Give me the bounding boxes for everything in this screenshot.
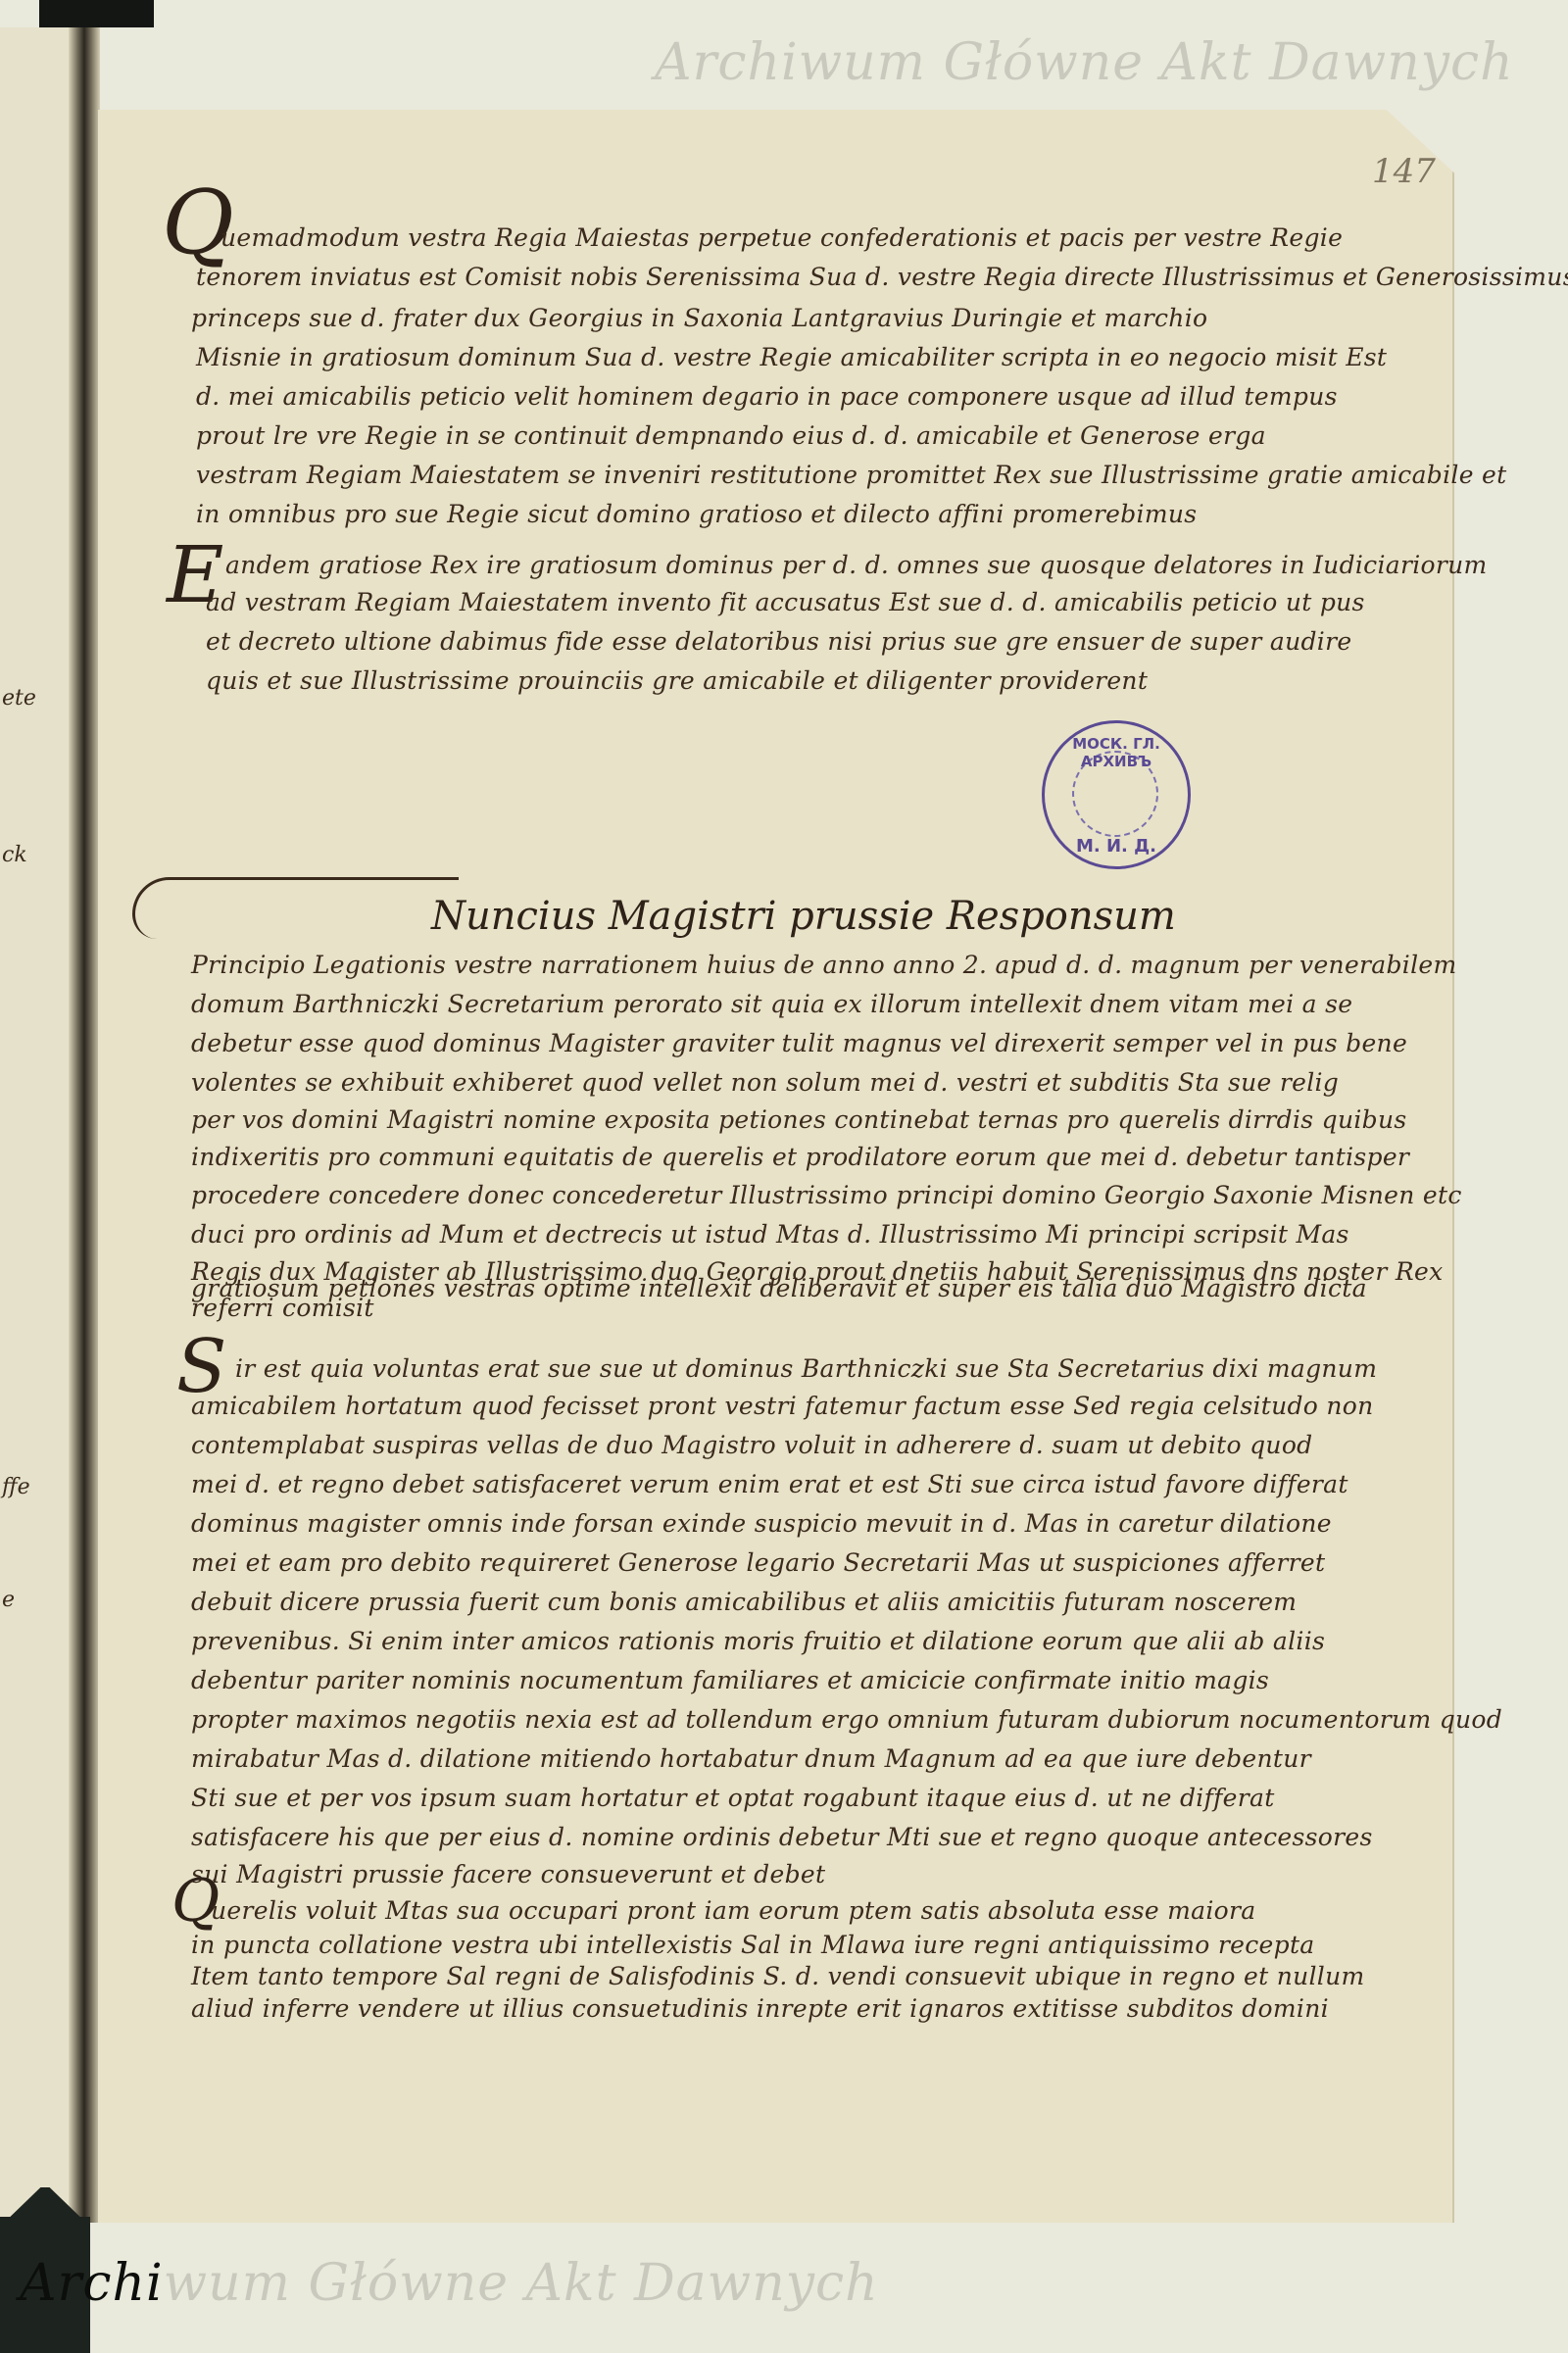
manuscript-line: propter maximos negotiis nexia est ad to… <box>191 1705 1502 1734</box>
archive-stamp: МОСК. ГЛ. АРХИВЪ М. И. Д. <box>1042 720 1191 869</box>
manuscript-line: tenorem inviatus est Comisit nobis Seren… <box>196 263 1568 291</box>
manuscript-line: referri comisit <box>191 1294 374 1322</box>
manuscript-line: in omnibus pro sue Regie sicut domino gr… <box>196 500 1197 528</box>
manuscript-line: uemadmodum vestra Regia Maiestas perpetu… <box>220 223 1343 252</box>
archive-watermark-top: Archiwum Główne Akt Dawnych <box>655 33 1514 92</box>
folio-number: 147 <box>1372 152 1436 191</box>
manuscript-line: debuit dicere prussia fuerit cum bonis a… <box>191 1588 1297 1616</box>
archive-watermark-bottom: Archiwum Główne Akt Dawnych <box>20 2254 879 2313</box>
manuscript-line: vestram Regiam Maiestatem se inveniri re… <box>196 461 1506 489</box>
left-page-fragment: e <box>2 1588 15 1612</box>
manuscript-line: satisfacere his que per eius d. nomine o… <box>191 1823 1373 1851</box>
left-page-fragment: ffe <box>2 1475 30 1499</box>
manuscript-line: et decreto ultione dabimus fide esse del… <box>206 627 1351 656</box>
manuscript-line: ir est quia voluntas erat sue sue ut dom… <box>235 1354 1377 1383</box>
manuscript-line: duci pro ordinis ad Mum et dectrecis ut … <box>191 1220 1349 1249</box>
left-page-edge <box>0 27 76 2223</box>
manuscript-line: contemplabat suspiras vellas de duo Magi… <box>191 1431 1313 1459</box>
manuscript-line: aliud inferre vendere ut illius consuetu… <box>191 1994 1329 2023</box>
manuscript-line: indixeritis pro communi equitatis de que… <box>191 1143 1409 1171</box>
manuscript-line: mirabatur Mas d. dilatione mitiendo hort… <box>191 1744 1311 1773</box>
manuscript-line: amicabilem hortatum quod fecisset pront … <box>191 1392 1374 1420</box>
manuscript-line: prevenibus. Si enim inter amicos rationi… <box>191 1627 1325 1655</box>
watermark-dark-part: Archi <box>20 2254 164 2313</box>
manuscript-line: debentur pariter nominis nocumentum fami… <box>191 1666 1269 1694</box>
manuscript-line: sui Magistri prussie facere consueverunt… <box>191 1860 825 1888</box>
left-page-fragment: ete <box>2 686 36 711</box>
manuscript-line: princeps sue d. frater dux Georgius in S… <box>191 304 1207 332</box>
section-heading: Nuncius Magistri prussie Responsum <box>431 894 1176 939</box>
manuscript-line: quis et sue Illustrissime prouinciis gre… <box>206 666 1148 695</box>
stamp-top-text: МОСК. ГЛ. АРХИВЪ <box>1045 735 1188 770</box>
scanner-top-bar <box>39 0 154 27</box>
manuscript-line: d. mei amicabilis peticio velit hominem … <box>196 382 1338 411</box>
manuscript-line: mei et eam pro debito requireret Generos… <box>191 1548 1325 1577</box>
manuscript-line: volentes se exhibuit exhiberet quod vell… <box>191 1068 1339 1097</box>
manuscript-line: Principio Legationis vestre narrationem … <box>191 951 1457 979</box>
manuscript-line: procedere concedere donec concederetur I… <box>191 1181 1462 1209</box>
manuscript-line: Item tanto tempore Sal regni de Salisfod… <box>191 1962 1365 1990</box>
left-page-fragment: ck <box>2 843 27 867</box>
heading-flourish <box>132 877 459 939</box>
manuscript-line: ad vestram Regiam Maiestatem invento fit… <box>206 588 1365 616</box>
manuscript-line: mei d. et regno debet satisfaceret verum… <box>191 1470 1348 1498</box>
manuscript-line: dominus magister omnis inde forsan exind… <box>191 1509 1332 1538</box>
manuscript-line: andem gratiose Rex ire gratiosum dominus… <box>225 551 1488 579</box>
manuscript-line: Misnie in gratiosum dominum Sua d. vestr… <box>196 343 1387 371</box>
manuscript-line: domum Barthniczki Secretarium perorato s… <box>191 990 1352 1018</box>
manuscript-line: prout lre vre Regie in se continuit demp… <box>196 421 1266 450</box>
manuscript-line: in puncta collatione vestra ubi intellex… <box>191 1931 1315 1959</box>
book-gutter <box>69 27 100 2223</box>
stamp-bottom-text: М. И. Д. <box>1045 836 1188 857</box>
manuscript-line: uerelis voluit Mtas sua occupari pront i… <box>211 1896 1255 1925</box>
manuscript-line: per vos domini Magistri nomine exposita … <box>191 1105 1407 1134</box>
manuscript-line: debetur esse quod dominus Magister gravi… <box>191 1029 1407 1057</box>
manuscript-line: Sti sue et per vos ipsum suam hortatur e… <box>191 1784 1275 1812</box>
watermark-light-part: wum Główne Akt Dawnych <box>164 2254 879 2313</box>
